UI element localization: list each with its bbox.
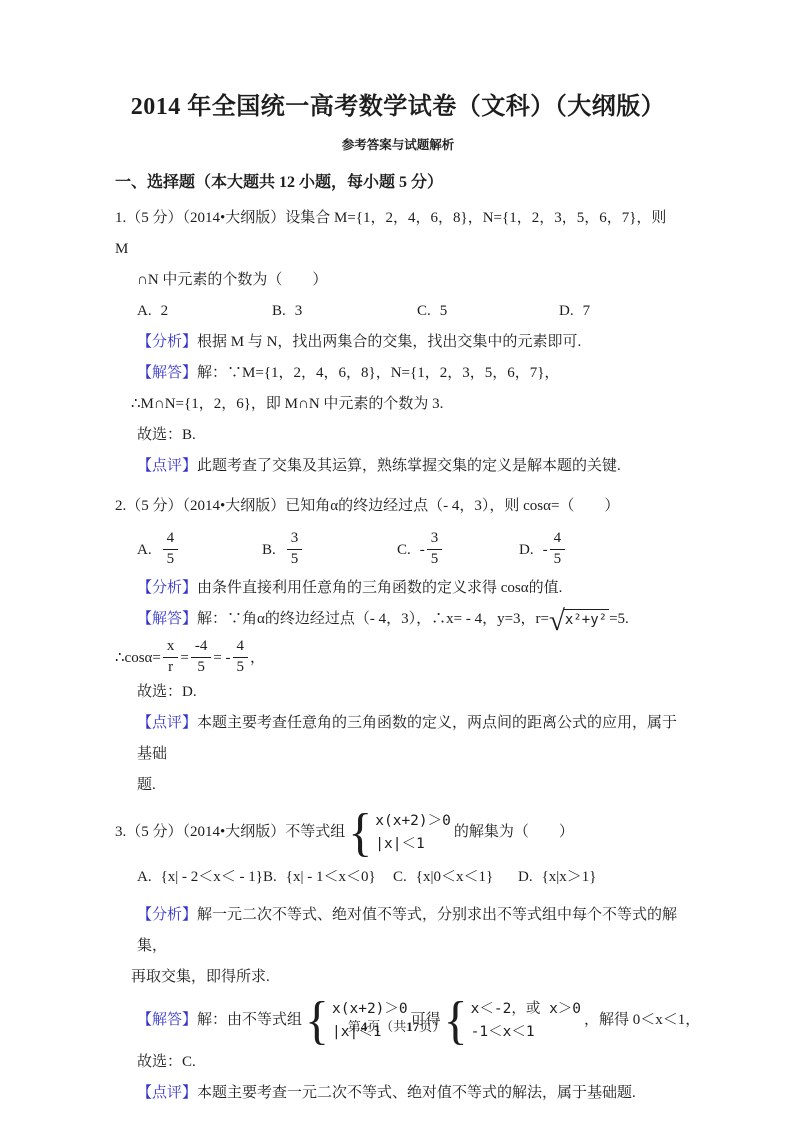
fraction-denominator: 5 (427, 550, 443, 568)
option-c-label: C. (393, 862, 407, 893)
question-3-analysis-line-1: 【分析】解一元二次不等式、绝对值不等式，分别求出不等式组中每个不等式的解集， (115, 900, 681, 962)
question-2: 2.（5 分）（2014•大纲版）已知角α的终边经过点（- 4，3），则 cos… (115, 491, 681, 801)
option-c-text: 5 (440, 296, 448, 327)
comment-label: 【点评】 (137, 458, 197, 474)
option-c-text: {x|0＜x＜1} (416, 862, 493, 893)
option-b: B.{x| - 1＜x＜0} (263, 862, 393, 893)
system-row-1: x＜-2，或 x＞0 (471, 999, 581, 1019)
question-1-choice: 故选：B. (115, 420, 681, 451)
question-3-comment: 【点评】本题主要考查一元二次不等式、绝对值不等式的解法，属于基础题. (115, 1078, 681, 1109)
option-d-label: D. (519, 535, 534, 566)
fraction-numerator: 3 (427, 529, 443, 550)
option-d-sign: - (543, 535, 548, 566)
question-1-answer-line-1: 【解答】解：∵M={1，2，4，6，8}，N={1，2，3，5，6，7}， (115, 358, 681, 389)
option-c: C.-35 (397, 531, 519, 569)
fraction: 35 (427, 529, 443, 567)
comment-text: 本题主要考查一元二次不等式、绝对值不等式的解法，属于基础题. (197, 1085, 636, 1101)
answer-text: 解：∵M={1，2，4，6，8}，N={1，2，3，5，6，7}， (197, 365, 559, 381)
option-b-text: {x| - 1＜x＜0} (286, 862, 376, 893)
document-content: 2014 年全国统一高考数学试卷（文科）（大纲版） 参考答案与试题解析 一、选择… (115, 92, 681, 1109)
question-2-stem: 2.（5 分）（2014•大纲版）已知角α的终边经过点（- 4，3），则 cos… (115, 491, 681, 522)
footer-middle: 页（共 (367, 1019, 406, 1034)
fraction-denominator: 5 (191, 658, 212, 676)
question-1-answer-line-2: ∴M∩N={1，2，6}，即 M∩N 中元素的个数为 3. (115, 389, 681, 420)
option-a-text: {x| - 2＜x＜ - 1} (161, 862, 263, 893)
option-a-text: 2 (161, 296, 169, 327)
stem-suffix: 的解集为（ ） (454, 817, 574, 848)
analysis-text: 根据 M 与 N，找出两集合的交集，找出交集中的元素即可. (197, 334, 581, 350)
page-subtitle: 参考答案与试题解析 (115, 137, 681, 153)
question-2-options: A.45 B.35 C.-35 D.-45 (115, 527, 681, 573)
option-d-text: 7 (583, 296, 591, 327)
fraction-denominator: 5 (287, 550, 303, 568)
inequality-system: {x(x+2)＞0|x|＜1 (348, 810, 451, 855)
sqrt-expression: √x²+y² (549, 605, 609, 636)
option-c-label: C. (397, 535, 411, 566)
page-title: 2014 年全国统一高考数学试卷（文科）（大纲版） (115, 92, 681, 122)
equals-sign: = (180, 643, 188, 674)
question-3-choice: 故选：C. (115, 1047, 681, 1078)
question-3: 3.（5 分）（2014•大纲版）不等式组 {x(x+2)＞0|x|＜1 的解集… (115, 810, 681, 1109)
system-row-1: x(x+2)＞0 (332, 999, 408, 1019)
fraction-numerator: 4 (163, 529, 179, 550)
comment-label: 【点评】 (137, 1085, 197, 1101)
comment-text: 本题主要考查任意角的三角函数的定义，两点间的距离公式的应用，属于基础 (137, 715, 677, 762)
fraction-denominator: 5 (550, 550, 566, 568)
footer-suffix: 页） (419, 1019, 445, 1034)
question-2-answer-line-2: ∴cosα= xr = -45 = - 45 ， (115, 639, 681, 677)
question-2-comment-line-2: 题. (115, 770, 681, 801)
question-2-choice: 故选：D. (115, 677, 681, 708)
footer-prefix: 第 (348, 1019, 361, 1034)
question-3-stem: 3.（5 分）（2014•大纲版）不等式组 {x(x+2)＞0|x|＜1 的解集… (115, 810, 681, 855)
system-brace: { (348, 809, 372, 856)
answer-label: 【解答】 (137, 611, 197, 627)
option-b-label: B. (263, 862, 277, 893)
fraction-denominator: r (163, 658, 179, 676)
option-b: B.35 (262, 531, 397, 569)
option-d-label: D. (518, 862, 533, 893)
fraction: 45 (550, 529, 566, 567)
option-c-sign: - (420, 535, 425, 566)
fraction-numerator: x (163, 637, 179, 658)
answer-text-end: =5. (609, 611, 629, 627)
option-a: A.2 (137, 296, 272, 327)
fraction-denominator: 5 (163, 550, 179, 568)
radicand: x²+y² (563, 609, 609, 628)
analysis-label: 【分析】 (137, 580, 197, 596)
option-a-label: A. (137, 862, 152, 893)
system-row-2: |x|＜1 (375, 834, 451, 854)
option-a-label: A. (137, 296, 152, 327)
question-1-options: A.2 B.3 C.5 D.7 (115, 296, 681, 327)
comment-text: 此题考查了交集及其运算，熟练掌握交集的定义是解本题的关键. (197, 458, 621, 474)
comment-label: 【点评】 (137, 715, 197, 731)
section-heading: 一、选择题（本大题共 12 小题，每小题 5 分） (115, 172, 681, 194)
system-row-1: x(x+2)＞0 (375, 811, 451, 831)
question-2-comment-line-1: 【点评】本题主要考查任意角的三角函数的定义，两点间的距离公式的应用，属于基础 (115, 708, 681, 770)
fraction: -45 (191, 637, 212, 675)
analysis-text: 解一元二次不等式、绝对值不等式，分别求出不等式组中每个不等式的解集， (137, 907, 677, 954)
option-d: D.-45 (519, 531, 567, 569)
question-2-analysis: 【分析】由条件直接利用任意角的三角函数的定义求得 cosα的值. (115, 573, 681, 604)
fraction-numerator: 4 (550, 529, 566, 550)
option-c-label: C. (417, 296, 431, 327)
document-page: 2014 年全国统一高考数学试卷（文科）（大纲版） 参考答案与试题解析 一、选择… (0, 0, 793, 1122)
option-a-label: A. (137, 535, 152, 566)
fraction-numerator: 3 (287, 529, 303, 550)
fraction: 45 (163, 529, 179, 567)
system-rows: x(x+2)＞0|x|＜1 (375, 811, 451, 854)
answer-label: 【解答】 (137, 365, 197, 381)
question-1-stem-line-1: 1.（5 分）（2014•大纲版）设集合 M={1，2，4，6，8}，N={1，… (115, 203, 681, 265)
fraction-numerator: -4 (191, 637, 212, 658)
option-b-label: B. (262, 535, 276, 566)
cos-equation-prefix: ∴cosα= (115, 643, 161, 674)
option-c: C.{x|0＜x＜1} (393, 862, 518, 893)
question-3-analysis-line-2: 再取交集，即得所求. (115, 962, 681, 993)
page-footer: 第4页（共17页） (0, 1018, 793, 1036)
stem-prefix: 3.（5 分）（2014•大纲版）不等式组 (115, 817, 345, 848)
option-a: A.45 (137, 531, 262, 569)
answer-text: 解：∵角α的终边经过点（- 4，3），∴x= - 4，y=3，r= (197, 611, 549, 627)
question-3-options: A.{x| - 2＜x＜ - 1} B.{x| - 1＜x＜0} C.{x|0＜… (115, 862, 681, 893)
fraction-numerator: 4 (233, 637, 249, 658)
analysis-label: 【分析】 (137, 907, 197, 923)
fraction: xr (163, 637, 179, 675)
option-d: D.7 (559, 296, 590, 327)
fraction-denominator: 5 (233, 658, 249, 676)
option-b: B.3 (272, 296, 417, 327)
option-a: A.{x| - 2＜x＜ - 1} (137, 862, 263, 893)
question-1-comment: 【点评】此题考查了交集及其运算，熟练掌握交集的定义是解本题的关键. (115, 451, 681, 482)
option-d-label: D. (559, 296, 574, 327)
analysis-text: 由条件直接利用任意角的三角函数的定义求得 cosα的值. (197, 580, 562, 596)
question-2-answer-line-1: 【解答】解：∵角α的终边经过点（- 4，3），∴x= - 4，y=3，r=√x²… (115, 604, 681, 635)
option-d: D.{x|x＞1} (518, 862, 597, 893)
question-1-analysis: 【分析】根据 M 与 N，找出两集合的交集，找出交集中的元素即可. (115, 327, 681, 358)
analysis-label: 【分析】 (137, 334, 197, 350)
option-b-text: 3 (295, 296, 303, 327)
equals-minus: = - (213, 643, 230, 674)
footer-total-pages: 17 (406, 1019, 419, 1034)
question-1-stem-line-2: ∩N 中元素的个数为（ ） (115, 265, 681, 296)
option-c: C.5 (417, 296, 559, 327)
question-1: 1.（5 分）（2014•大纲版）设集合 M={1，2，4，6，8}，N={1，… (115, 203, 681, 482)
fraction: 45 (233, 637, 249, 675)
option-d-text: {x|x＞1} (542, 862, 597, 893)
comma: ， (250, 643, 265, 674)
fraction: 35 (287, 529, 303, 567)
option-b-label: B. (272, 296, 286, 327)
